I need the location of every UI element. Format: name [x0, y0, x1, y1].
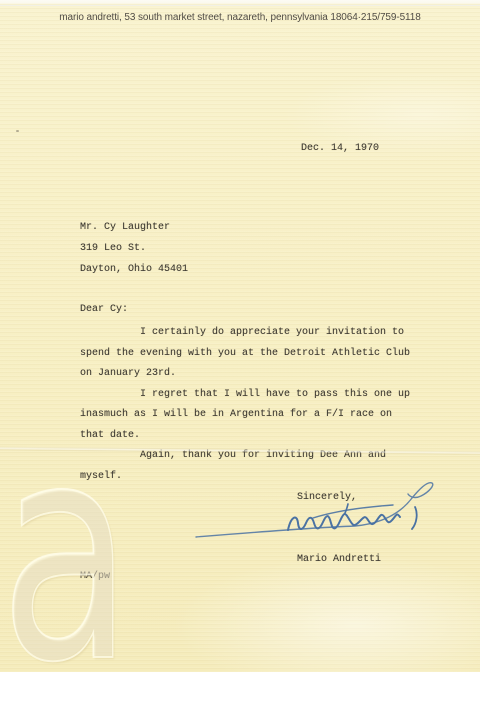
signature-autograph: [185, 470, 435, 545]
date-line: Dec. 14, 1970: [301, 139, 379, 160]
typist-reference-initials: MA/pw: [80, 567, 110, 588]
paper-top-edge: [0, 0, 480, 6]
recipient-address: Mr. Cy Laughter 319 Leo St. Dayton, Ohio…: [80, 217, 188, 280]
typed-signature-name: Mario Andretti: [297, 550, 381, 571]
letter-paper: mario andretti, 53 south market street, …: [0, 0, 480, 672]
letter-body: I certainly do appreciate your invitatio…: [80, 323, 410, 487]
paper-speck: [16, 130, 19, 132]
letterhead-text: mario andretti, 53 south market street, …: [0, 12, 480, 23]
salutation: Dear Cy:: [80, 300, 128, 321]
